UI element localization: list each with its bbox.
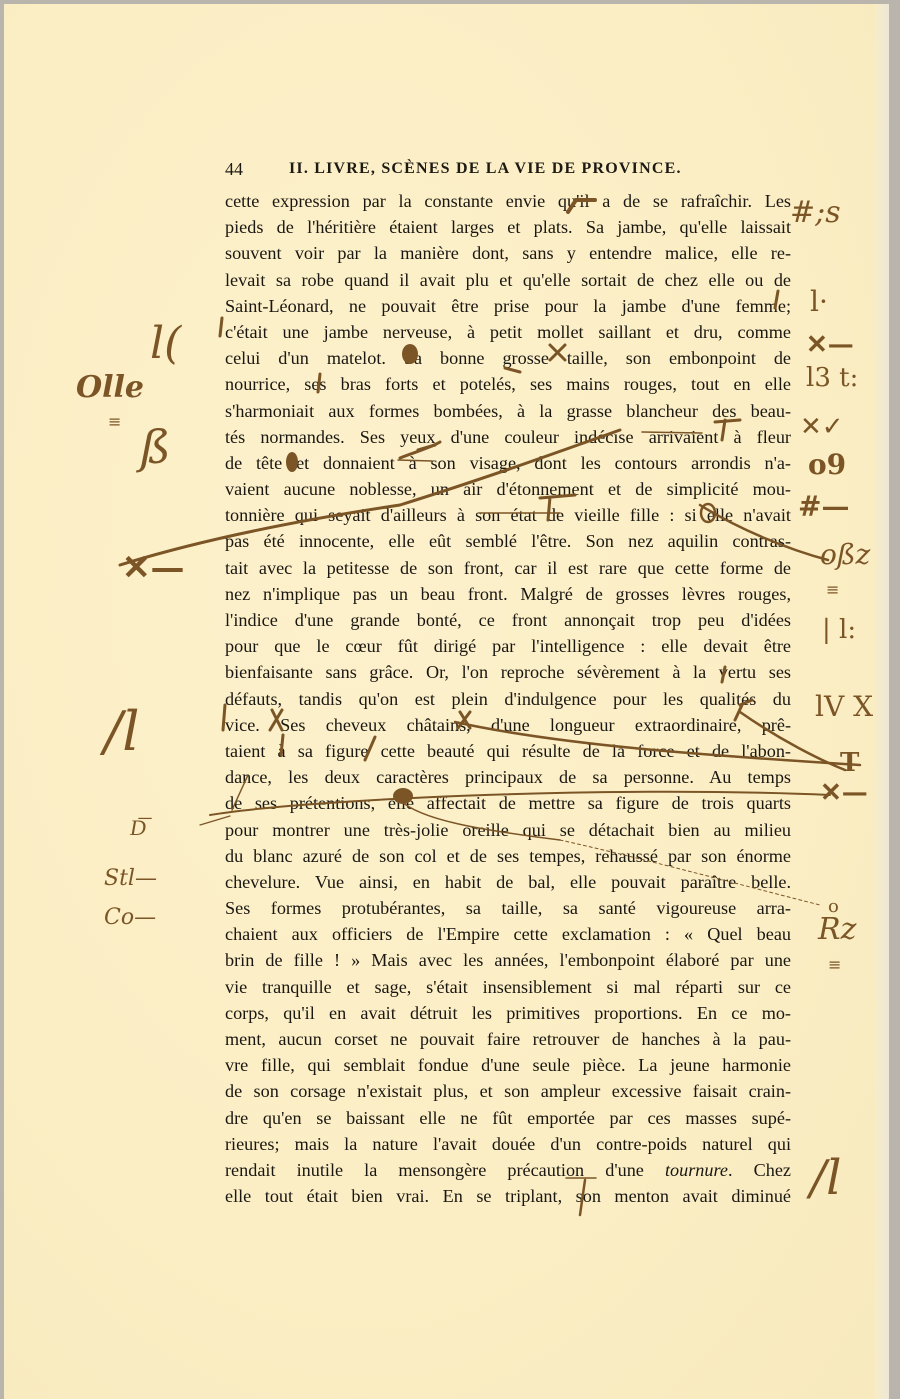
margin-note-left: ≡ <box>108 412 121 431</box>
margin-note-left: Co— <box>104 905 156 930</box>
page-edge <box>875 4 889 1399</box>
margin-note-right: | l: <box>822 615 856 645</box>
margin-note-left: /l <box>104 700 139 763</box>
text-line: l'indice d'une grande bonté, ce front an… <box>225 607 791 633</box>
text-line: chaient aux officiers de l'Empire cette … <box>225 921 791 947</box>
text-line: de ses prétentions, elle affectait de me… <box>225 790 791 816</box>
running-head-title: II. LIVRE, SCÈNES DE LA VIE DE PROVINCE. <box>289 160 682 178</box>
margin-note-left: l( <box>150 318 181 369</box>
margin-note-left: D͞ <box>130 815 146 841</box>
text-line: brin de fille ! » Mais avec les années, … <box>225 947 791 973</box>
text-line: s'harmoniait aux formes bombées, à la gr… <box>225 398 791 424</box>
text-line: vice. Ses cheveux châtains, d'une longue… <box>225 712 791 738</box>
text-line: défauts, tandis qu'on est plein d'indulg… <box>225 686 791 712</box>
text-line: vre fille, qui semblait fondue d'une seu… <box>225 1052 791 1078</box>
margin-note-left: ß <box>140 420 171 474</box>
margin-note-right: ✕— <box>806 330 854 360</box>
text-line: ment, aucun corset ne pouvait faire retr… <box>225 1026 791 1052</box>
text-line: taient à sa figure cette beauté qui résu… <box>225 738 791 764</box>
text-line: dre qu'en se baissant elle ne fût emport… <box>225 1105 791 1131</box>
running-header: 44 II. LIVRE, SCÈNES DE LA VIE DE PROVIN… <box>225 159 725 181</box>
text-line: tés normandes. Ses yeux d'une couleur in… <box>225 424 791 450</box>
margin-note-right: ≡ <box>826 580 839 599</box>
text-line: tait avec la petitesse de son front, car… <box>225 555 791 581</box>
text-line: c'était une jambe nerveuse, à petit moll… <box>225 319 791 345</box>
body-text: cette expression par la constante envie … <box>225 188 791 1209</box>
margin-note-right: o9 <box>808 448 846 481</box>
text-segment: . Chez <box>728 1160 791 1180</box>
text-line: Ses formes protubérantes, sa taille, sa … <box>225 895 791 921</box>
margin-note-right: #— <box>798 490 849 523</box>
text-line: du blanc azuré de son col et de ses temp… <box>225 843 791 869</box>
text-line: celui d'un matelot. Sa bonne grosse tail… <box>225 345 791 371</box>
margin-note-right: Rz <box>818 912 856 947</box>
text-line: nez n'implique pas un beau front. Malgré… <box>225 581 791 607</box>
text-line: tonnière qui seyait d'ailleurs à son éta… <box>225 502 791 528</box>
text-line: vie tranquille et sage, s'était insensib… <box>225 974 791 1000</box>
text-line: rieures; mais la nature l'avait douée d'… <box>225 1131 791 1157</box>
margin-note-right: l3 t: <box>806 363 858 393</box>
margin-note-right: #;s <box>790 195 841 230</box>
text-line: rendait inutile la mensongère précaution… <box>225 1157 791 1183</box>
text-line: corps, qu'il en avait détruit les primit… <box>225 1000 791 1026</box>
text-line: souvent voir par la manière dont, sans y… <box>225 240 791 266</box>
margin-note-right: l· <box>810 285 828 318</box>
margin-note-left: ✕— <box>122 548 185 588</box>
text-line: levait sa robe quand il avait plu et qu'… <box>225 267 791 293</box>
margin-note-right: /l <box>810 1150 842 1206</box>
text-line: elle tout était bien vrai. En se triplan… <box>225 1183 791 1209</box>
text-line: dance, les deux caractères principaux de… <box>225 764 791 790</box>
text-line: pieds de l'héritière étaient larges et p… <box>225 214 791 240</box>
text-line: de son corsage n'existait plus, et son a… <box>225 1078 791 1104</box>
text-line: pour montrer une très-jolie oreille qui … <box>225 817 791 843</box>
text-line: de tête et donnaient à son visage, dont … <box>225 450 791 476</box>
margin-note-right: ≡ <box>828 955 841 974</box>
margin-note-left: Olle <box>76 370 144 405</box>
text-line: pour que le cœur fût dirigé par l'intell… <box>225 633 791 659</box>
text-line: cette expression par la constante envie … <box>225 188 791 214</box>
margin-note-right: ✕✓ <box>800 412 844 442</box>
margin-note-right: ✕— <box>820 778 868 808</box>
text-segment: rendait inutile la mensongère précaution… <box>225 1160 665 1180</box>
margin-note-right: oßz <box>820 538 870 571</box>
margin-note-right: lV X <box>815 690 873 723</box>
text-line: pas été innocente, elle eût semblé l'êtr… <box>225 528 791 554</box>
text-line: bienfaisante sans grâce. Or, l'on reproc… <box>225 659 791 685</box>
margin-note-left: Stl— <box>104 866 157 891</box>
text-line: nourrice, ses bras forts et potelés, ses… <box>225 371 791 397</box>
text-line: vaient aucune noblesse, un air d'étonnem… <box>225 476 791 502</box>
page-number: 44 <box>225 159 243 180</box>
italic-word: tournure <box>665 1160 728 1180</box>
text-line: chevelure. Vue ainsi, en habit de bal, e… <box>225 869 791 895</box>
margin-note-right: T <box>840 748 859 778</box>
text-line: Saint-Léonard, ne pouvait être prise pou… <box>225 293 791 319</box>
